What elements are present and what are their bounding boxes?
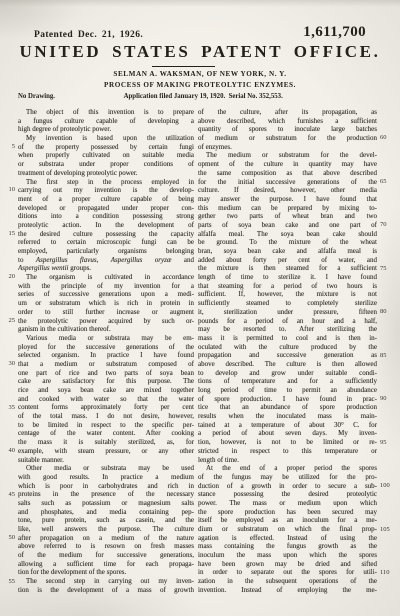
text-line: that a medium or substratum composed of [18, 360, 194, 369]
text-line: culture. If desired, however, other medi… [198, 186, 377, 195]
text-line: example, with steam pressure, or any oth… [18, 447, 194, 456]
text-line: dium or substratum on which the final pr… [198, 525, 377, 534]
line-number: 10 [2, 186, 15, 195]
line-number: 55 [2, 578, 15, 587]
text-line: propagation and successive generation as [198, 351, 377, 360]
text-line: mass it is permitted to cool and is then… [198, 334, 377, 343]
text-line: treatment of developing proteolytic powe… [18, 169, 194, 178]
text-line: the mixture is then steamed for a suffic… [198, 264, 377, 273]
text-line: Various media or substrata may be em- [18, 334, 194, 343]
text-line: for the initial successive generations o… [198, 178, 377, 187]
text-line: to Aspergillus flavus, Aspergillus oryzæ… [18, 256, 194, 265]
text-line: the same composition as that above descr… [198, 169, 377, 178]
text-line: of the total mass. I do not desire, howe… [18, 412, 194, 421]
line-number: 40 [2, 447, 15, 456]
text-line: employed, particularly organisms belongi… [18, 247, 194, 256]
line-number: 30 [2, 360, 15, 369]
left-line-numbers: 510152025303540455055 [2, 108, 15, 598]
text-line: of spore production. I have found in pra… [198, 395, 377, 404]
text-line: invention. Instead of employing the me- [198, 586, 377, 595]
right-column: of the culture, after its propagation, a… [198, 108, 377, 595]
text-line: which is poor in carbohydrates and rich … [18, 482, 194, 491]
office-title: UNITED STATES PATENT OFFICE. [0, 42, 400, 62]
text-line: with good results. In practice a medium [18, 473, 194, 482]
application-line: Application filed January 19, 1920. Seri… [124, 93, 283, 100]
text-line: the proteolytic power acquired by such o… [18, 317, 194, 326]
line-number: 5 [2, 143, 15, 152]
text-line: order to still further increase or augme… [18, 308, 194, 317]
text-line: that steaming for a period of two hours … [198, 282, 377, 291]
text-line: sufficient. If, however, the mixture is … [198, 290, 377, 299]
text-line: above described. The culture is then all… [198, 360, 377, 369]
text-line: salts such as potassium or magnesium sal… [18, 499, 194, 508]
line-number: 105 [380, 526, 396, 535]
title-rule [152, 66, 215, 67]
text-line: tion for the development of the spores. [18, 568, 194, 577]
text-line: selected organism. In practice I have fo… [18, 351, 194, 360]
text-line: to be limited in respect to the specific… [18, 421, 194, 430]
text-line: above referred to is resown on fresh mas… [18, 542, 194, 551]
line-number: 110 [380, 569, 396, 578]
patent-date: Patented Dec. 21, 1926. [34, 30, 143, 40]
line-number: 90 [380, 395, 396, 404]
text-line: be ground. To the mixture of the wheat [198, 238, 377, 247]
patent-page: Patented Dec. 21, 1926. 1,611,700 UNITED… [0, 0, 400, 616]
text-line: ployed for the successive generations of… [18, 343, 194, 352]
text-line: The object of this invention is to prepa… [18, 108, 194, 117]
left-column: The object of this invention is to prepa… [18, 108, 194, 595]
text-line: tion, however, is not to be limited or r… [198, 438, 377, 447]
line-number: 75 [380, 265, 396, 274]
text-line: power. The mass or medium upon which [198, 499, 377, 508]
text-line: series of successive generations upon a … [18, 290, 194, 299]
text-line: to develop and grow under suitable condi… [198, 369, 377, 378]
text-line: proteolytic action. In the development o… [18, 221, 194, 230]
text-line: quantity of spores to inoculate large ba… [198, 125, 377, 134]
text-line: have been grown may be dried and sifted [198, 560, 377, 569]
text-line: like, well answers the purpose. The cult… [18, 525, 194, 534]
text-line: the mass it is suitably sterilized, as, … [18, 438, 194, 447]
text-line: may be resorted to. After sterilizing th… [198, 325, 377, 334]
text-line: when properly cultivated on suitable med… [18, 151, 194, 160]
no-drawing-label: No Drawing. [18, 93, 55, 100]
patent-number: 1,611,700 [303, 24, 366, 41]
text-line: high degree of proteolytic power. [18, 125, 194, 134]
patent-body: 510152025303540455055 The object of this… [0, 108, 400, 598]
text-line: the spore production has been secured ma… [198, 508, 377, 517]
line-number: 80 [380, 308, 396, 317]
text-line: added about forty per cent of water, and [198, 256, 377, 265]
text-line: mass containing the fungus growth as the [198, 542, 377, 551]
text-line: The first step in the process employed i… [18, 178, 194, 187]
line-number: 25 [2, 317, 15, 326]
text-line: of the fungus may be utilized for the pr… [198, 473, 377, 482]
text-line: length of time to sterilize it. I have f… [198, 273, 377, 282]
line-number: 20 [2, 273, 15, 282]
text-line: of the culture, after its propagation, a… [198, 108, 377, 117]
text-line: sufficiently steamed to completely steri… [198, 299, 377, 308]
text-line: ment of a proper culture capable of bein… [18, 195, 194, 204]
text-line: Other media or substrata may be used [18, 464, 194, 473]
text-line: and phosphates, and media containing pep… [18, 508, 194, 517]
text-line: of the property possessed by certain fun… [18, 143, 194, 152]
text-line: content forms approximately forty per ce… [18, 403, 194, 412]
line-number: 45 [2, 491, 15, 500]
line-number: 15 [2, 230, 15, 239]
text-line: of medium or substratum for the producti… [198, 134, 377, 143]
text-line: stance possessing the desired proteolyti… [198, 490, 377, 499]
text-line: pounds for a period of an hour and a hal… [198, 317, 377, 326]
text-line: alfalfa meal. The soya bean cake should [198, 230, 377, 239]
text-line: opment of the culture in quantity may ha… [198, 160, 377, 169]
line-number: 50 [2, 534, 15, 543]
text-line: may answer the purpose. I have found tha… [198, 195, 377, 204]
text-line: stricted in respect to this temperature … [198, 447, 377, 456]
text-line: agation is effected. Instead of using th… [198, 534, 377, 543]
text-line: this medium can be prepared by mixing to… [198, 204, 377, 213]
inventor-line: SELMAN A. WAKSMAN, OF NEW YORK, N. Y. [0, 70, 400, 78]
text-line: developed or propagated under proper con… [18, 204, 194, 213]
line-number: 85 [380, 352, 396, 361]
text-line: My invention is based upon the utilizati… [18, 134, 194, 143]
line-number: 95 [380, 439, 396, 448]
text-line: carrying out my invention is the develop… [18, 186, 194, 195]
text-line: after propagation on a medium of the nat… [18, 534, 194, 543]
text-line: Aspergillus wentii groups. [18, 264, 194, 273]
text-line: inoculum the mass upon which the spores [198, 551, 377, 560]
text-line: above described, which furnishes a suffi… [198, 117, 377, 126]
text-line: bran, soya bean cake and alfalfa meal is [198, 247, 377, 256]
text-line: and cooked with water so that the water [18, 395, 194, 404]
text-line: results when the inoculated mass is main… [198, 412, 377, 421]
line-number: 35 [2, 404, 15, 413]
text-line: tained at a temperature of about 30° C. … [198, 421, 377, 430]
text-line: centage of the water content. After cook… [18, 429, 194, 438]
text-line: itself be employed as an inoculum for a … [198, 516, 377, 525]
text-line: or substrata under proper conditions of [18, 160, 194, 169]
text-line: zation in the subsequent operations of t… [198, 577, 377, 586]
line-number: 65 [380, 178, 396, 187]
text-line: oculated with the culture produced by th… [198, 343, 377, 352]
text-line: suitable manner. [18, 456, 194, 465]
text-line: of enzymes. [198, 143, 377, 152]
text-line: The medium or substratum for the devel- [198, 151, 377, 160]
text-line: The organism is cultivated in accordance [18, 273, 194, 282]
text-line: allowing a sufficient time for each prop… [18, 560, 194, 569]
text-line: The second step in carrying out my inven… [18, 577, 194, 586]
text-line: one part of rice and two parts of soya b… [18, 369, 194, 378]
text-line: length of time. [198, 456, 377, 465]
text-line: of the medium for successive generations… [18, 551, 194, 560]
right-line-numbers: 6065707580859095100105110 [380, 108, 396, 598]
text-line: tice that an abundance of spore producti… [198, 403, 377, 412]
text-line: referred to certain microscopic fungi ca… [18, 238, 194, 247]
text-line: ganism in the cultivation thereof. [18, 325, 194, 334]
text-line: a period of about seven days. My inven- [198, 429, 377, 438]
text-line: tion is the development of a mass of gro… [18, 586, 194, 595]
text-line: um or substratum which is rich in protei… [18, 299, 194, 308]
text-line: tions of temperature and for a sufficien… [198, 377, 377, 386]
text-line: cake are satisfactory for this purpose. … [18, 377, 194, 386]
text-line: with the principle of my invention for a [18, 282, 194, 291]
line-number: 60 [380, 134, 396, 143]
text-line: in order to separate out the spores for … [198, 568, 377, 577]
text-line: duction of a growth in order to secure a… [198, 482, 377, 491]
text-line: a fungus culture capable of developing a [18, 117, 194, 126]
line-number: 70 [380, 221, 396, 230]
text-line: ditions into a condition possessing stro… [18, 212, 194, 221]
text-line: it, sterilization under pressure, fiftee… [198, 308, 377, 317]
text-line: long period of time to permit an abundan… [198, 386, 377, 395]
text-line: proteins in the presence of the necessar… [18, 490, 194, 499]
text-line: rice and soya bean cake are mixed togeth… [18, 386, 194, 395]
text-line: the desired culture possessing the capac… [18, 230, 194, 239]
text-line: tone, pure protein, such as casein, and … [18, 516, 194, 525]
text-line: At the end of a proper period the spores [198, 464, 377, 473]
line-number: 100 [380, 482, 396, 491]
text-line: parts of soya bean cake and one part of [198, 221, 377, 230]
invention-title: PROCESS OF MAKING PROTEOLYTIC ENZYMES. [0, 81, 400, 89]
text-line: gether two parts of wheat bran and two [198, 212, 377, 221]
